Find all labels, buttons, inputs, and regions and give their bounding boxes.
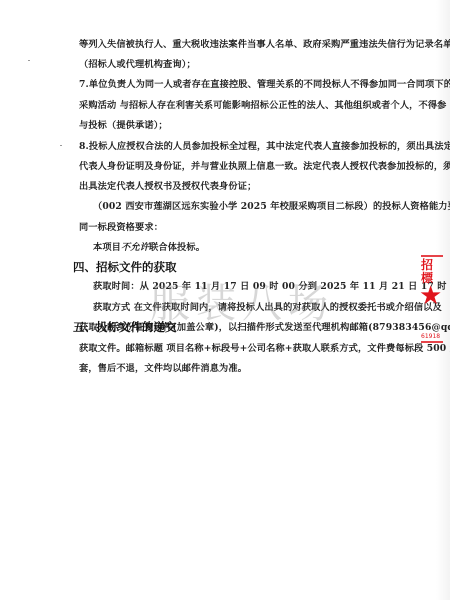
star-icon: ★ [419,283,442,309]
section-heading-4: 四、招标文件的获取 [73,260,177,274]
stamp-border [421,255,443,257]
text-line: 出具法定代表人授权书及授权代表身份证； [79,181,256,193]
stamp-code: 61918 [421,333,440,340]
section-heading-5: 五、投标文件的递交 [73,320,177,334]
text-line: 代表人身份证明及身份证，并与营业执照上信息一致。法定代表人授权代表参加投标的，须 [79,161,450,173]
text-line: （招标人或代理机构查询）； [79,59,196,71]
scan-speck [28,60,30,61]
joint-bid-prefix: 本项目 [93,242,121,253]
document-page: 等列入失信被执行人、重大税收违法案件当事人名单、政府采购严重违法失信行为记录名单… [0,0,450,600]
joint-bid-emphasis: 不允许 [121,242,149,253]
red-seal-stamp: 招 標 ★ 61918 [419,255,447,345]
text-line: 8.投标人应授权合法的人员参加投标全过程，其中法定代表人直接参加投标的，须出具法… [79,141,450,153]
stamp-border [421,341,443,343]
text-line: 获取时间：从 2025 年 11 月 17 日 09 时 00 分到 2025 … [93,281,450,293]
text-line: 与投标（提供承诺）； [79,120,168,132]
text-line: 等列入失信被执行人、重大税收违法案件当事人名单、政府采购严重违法失信行为记录名单 [79,39,450,51]
text-line: （002 西安市莲湖区远东实验小学 2025 年校服采购项目二标段）的投标人资格… [93,201,450,213]
text-line: 获取方式 在文件获取时间内，请将投标人出具的对获取人的授权委托书或介绍信以及 [93,302,442,314]
text-line: 套，售后不退，文件均以邮件消息为准。 [79,363,247,375]
text-line: 同一标段资格要求： [79,222,163,234]
text-line: 7.单位负责人为同一人或者存在直接控股、管理关系的不同投标人不得参加同一合同项下… [79,79,450,91]
joint-bid-statement: 本项目不允许联合体投标。 [93,242,205,254]
text-line: 采购活动 与招标人存在利害关系可能影响招标公正性的法人、其他组织或者个人，不得参 [79,100,447,112]
text-line: 获取文件。邮箱标题 项目名称+标段号+公司名称+获取人联系方式，文件费每标段 5… [79,343,450,355]
joint-bid-suffix: 联合体投标。 [149,242,205,253]
scan-speck [60,145,62,146]
